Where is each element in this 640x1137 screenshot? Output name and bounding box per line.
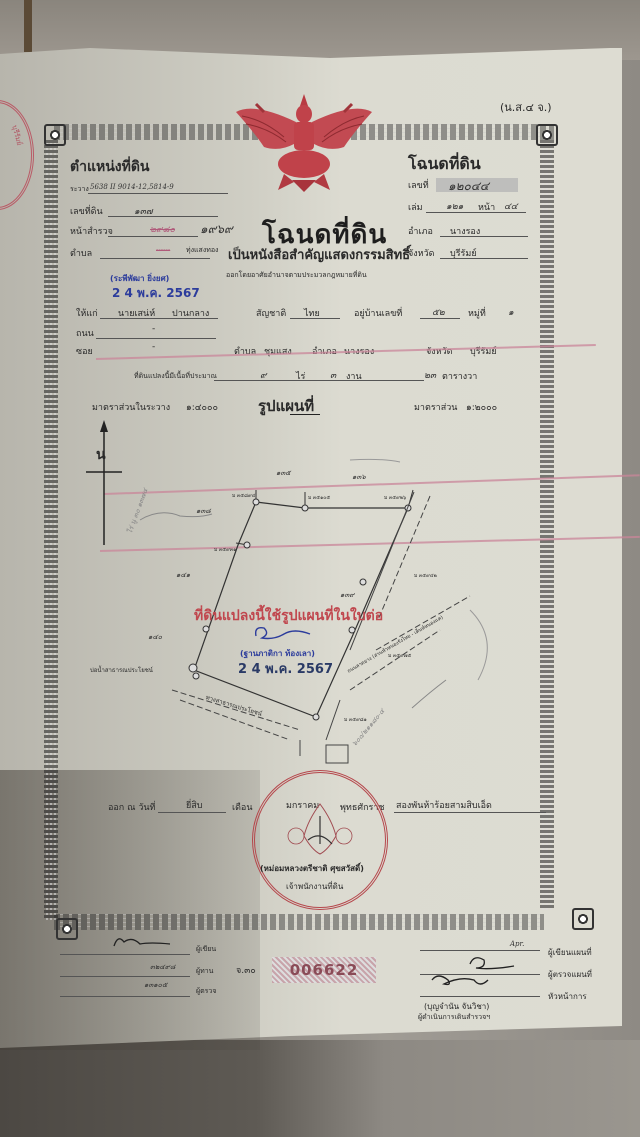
adjacent-label-1: ๑๓๕ [276,468,291,479]
north-label: น [96,444,106,466]
marker-label-5: ม ๓๕๙๔๒ [414,572,437,580]
examiner-label: ผู้ตรวจ [196,986,216,997]
map-writer-signature: Apr. [510,940,524,948]
marker-label-1: ม ๓๕๘๙๔ [232,492,255,500]
examiner-signature: ๑๓๑๐๕ [144,980,167,991]
writer-signature-icon [110,932,180,950]
map-writer-label: ผู้เขียนแผนที่ [548,946,592,959]
chief-label: หัวหน้าการ [548,990,587,1003]
issue-month-label: เดือน [232,800,252,814]
marker-label-6: ม ๓๕๙๗๕ [388,652,411,660]
canal-label: บ่อน้ำสาธารณประโยชน์ [90,665,153,675]
map-checker-label: ผู้ตรวจแผนที่ [548,968,592,981]
map-checker-signature-icon [430,950,530,994]
serial-prefix: จ.๓๐ [236,963,256,977]
issue-date-prefix: ออก ณ วันที่ [108,800,155,814]
official-title: เจ้าพนักงานที่ดิน [286,880,343,893]
surveyor-position: ผู้ดำเนินการเดินสำรวจฯ [418,1012,490,1023]
adjacent-label-4: ๑๓๙ [340,590,354,601]
adjacent-label-6: ๑๔๑ [176,570,190,581]
signature-icon [250,622,320,644]
adjacent-label-3: ๑๓๘ [196,506,211,517]
issue-day: ยี่สิบ [186,798,202,812]
seal-emblem-icon [280,800,360,860]
serial-number: 006622 [272,957,376,983]
marker-label-4: ม ๓๕๙๓๑ [214,546,236,554]
official-name: (หม่อมหลวงตรีชาติ ศุขสวัสดิ์) [260,862,364,875]
adjacent-label-2: ๑๓๖ [352,472,366,483]
checker-signature: ๓๒๔๙๘ [150,962,175,973]
adjacent-label-5: ๑๔๐ [148,632,162,643]
issue-year: สองพันห้าร้อยสามสิบเอ็ด [396,798,492,812]
writer-label: ผู้เขียน [196,944,216,955]
map-stamp-date: 2 4 พ.ค. 2567 [238,658,333,679]
marker-label-2: ม ๓๕๑๐๕ [308,494,330,502]
marker-label-3: ม ๓๕๙๒๖ [384,494,406,502]
checker-label: ผู้ทาน [196,966,213,977]
marker-label-7: ม ๓๕๙๘๑ [344,716,367,724]
